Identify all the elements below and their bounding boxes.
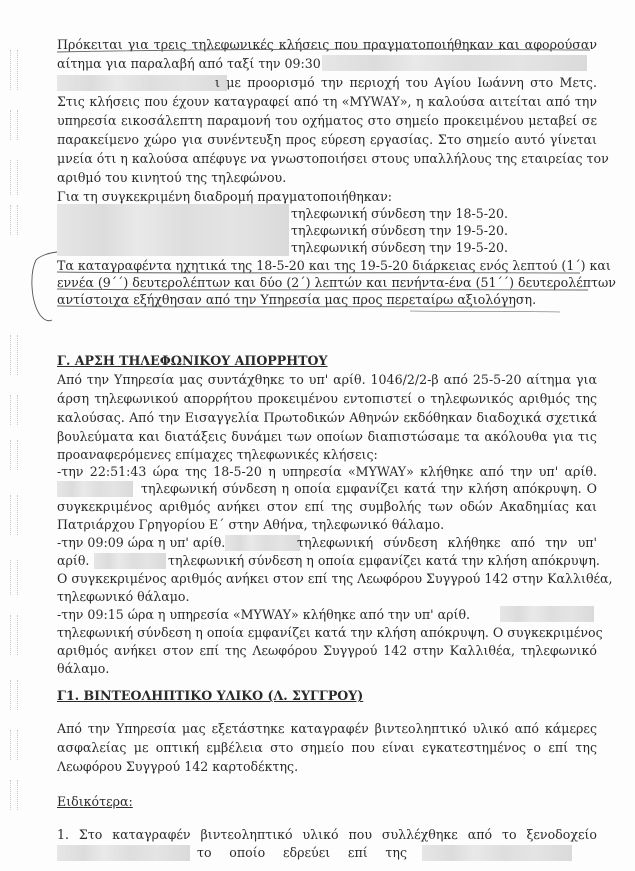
section-g1-line: ασφαλείας με οπτική εμβέλεια στο σημείο … bbox=[57, 739, 597, 756]
section-g-line: Πατριάρχου Γρηγορίου Ε΄ στην Αθήνα, τηλε… bbox=[57, 516, 597, 533]
bleed-through-mark bbox=[10, 395, 18, 425]
section-heading-g1: Γ1. ΒΙΝΤΕΟΛΗΠΤΙΚΟ ΥΛΙΚΟ (Λ. ΣΥΓΓΡΟΥ) bbox=[57, 688, 363, 703]
intro-line: υπηρεσία εικοσάλεπτη παραμονή του οχήματ… bbox=[57, 112, 597, 129]
bleed-through-mark bbox=[10, 495, 18, 535]
recordings-line: Τα καταγραφέντα ηχητικά της 18-5-20 και … bbox=[57, 257, 597, 274]
section-g1-line: Λεωφόρου Συγγρού 142 καρτοδέκτης. bbox=[57, 758, 597, 775]
route-intro: Για τη συγκεκριμένη διαδρομή πραγματοποι… bbox=[57, 188, 597, 205]
specifically-label: Ειδικότερα: bbox=[57, 794, 133, 809]
section-g-line: τηλεφωνική σύνδεση κλήθηκε από την υπ' bbox=[297, 534, 597, 551]
section-g1-line: Από την Υπηρεσία μας εξετάστηκε καταγραφ… bbox=[57, 720, 597, 737]
item-1-line: το οποίο εδρεύει επί της bbox=[197, 844, 407, 861]
bleed-through-mark bbox=[10, 615, 18, 655]
recordings-line: εννέα (9΄΄) δευτερολέπτων και δύο (2΄) λ… bbox=[57, 274, 597, 291]
bleed-through-mark bbox=[10, 335, 18, 375]
intro-line: μνεία ότι η καλούσα απέφυγε να γνωστοποι… bbox=[57, 150, 597, 167]
section-g-line: τηλεφωνική σύνδεση η οποία εμφανίζει κατ… bbox=[57, 624, 597, 641]
section-g-line: -την 22:51:43 ώρα της 18-5-20 η υπηρεσία… bbox=[57, 463, 597, 480]
bleed-through-mark bbox=[10, 780, 18, 810]
connection-line: τηλεφωνική σύνδεση την 19-5-20. bbox=[291, 222, 601, 239]
intro-line: Στις κλήσεις που έχουν καταγραφεί από τη… bbox=[57, 93, 597, 110]
bleed-through-mark bbox=[10, 205, 18, 235]
redacted-block bbox=[57, 481, 133, 497]
section-g-line: τηλεφωνική σύνδεση η οποία εμφανίζει κατ… bbox=[141, 480, 597, 497]
intro-line: παρακείμενο χώρο για συνέντευξη προς εύρ… bbox=[57, 131, 597, 148]
bleed-through-mark bbox=[10, 50, 18, 90]
intro-line: Πρόκειται για τρεις τηλεφωνικές κλήσεις … bbox=[57, 36, 597, 53]
section-g-line: άρση τηλεφωνικού απορρήτου προκειμένου ε… bbox=[57, 390, 597, 407]
redacted-block bbox=[57, 845, 190, 861]
intro-line: αριθμό του κινητού της τηλεφώνου. bbox=[57, 169, 597, 186]
section-g-line: συγκεκριμένος αριθμός ανήκει στον επί τη… bbox=[57, 498, 597, 515]
connection-line: τηλεφωνική σύνδεση την 18-5-20. bbox=[291, 205, 601, 222]
section-g-line: αρίθ. bbox=[57, 552, 97, 569]
section-heading-g: Γ. ΑΡΣΗ ΤΗΛΕΦΩΝΙΚΟΥ ΑΠΟΡΡΗΤΟΥ bbox=[57, 353, 327, 368]
redacted-block bbox=[57, 204, 289, 256]
section-g-line: αριθμός ανήκει στον επί της Λεωφόρου Συγ… bbox=[57, 642, 597, 659]
recordings-line: αντίστοιχα εξήχθησαν από την Υπηρεσία μα… bbox=[57, 291, 597, 308]
section-g-line: Ο συγκεκριμένος αριθμός ανήκει στον επί … bbox=[57, 570, 597, 587]
section-g-line: βουλεύματα και διατάξεις δυνάμει των οπο… bbox=[57, 428, 597, 445]
redacted-block bbox=[322, 55, 587, 71]
intro-line: ι με προορισμό την περιοχή του Αγίου Ιωά… bbox=[215, 74, 597, 91]
section-g-line: τηλεφωνικό θάλαμο. bbox=[57, 588, 597, 605]
section-g-line: -την 09:09 ώρα η υπ' αρίθ. bbox=[57, 534, 217, 551]
item-1-line: 1. Στο καταγραφέν βιντεοληπτικό υλικό πο… bbox=[57, 826, 597, 843]
connection-line: τηλεφωνική σύνδεση την 19-5-20. bbox=[291, 239, 601, 256]
section-g-line: τηλεφωνική σύνδεση η οποία εμφανίζει κατ… bbox=[168, 552, 598, 569]
bleed-through-mark bbox=[10, 730, 18, 760]
redacted-block bbox=[225, 535, 300, 551]
redacted-block bbox=[500, 606, 594, 622]
section-g-line: -την 09:15 ώρα η υπηρεσία «MYWAY» κλήθηκ… bbox=[57, 606, 497, 623]
bleed-through-mark bbox=[10, 440, 18, 470]
section-g-line: θάλαμο. bbox=[57, 660, 597, 677]
section-g-line: προαναφερόμενες επίμαχες τηλεφωνικές κλή… bbox=[57, 446, 597, 463]
section-g-line: καλούσας. Από την Εισαγγελία Πρωτοδικών … bbox=[57, 409, 597, 426]
section-g-line: Από την Υπηρεσία μας συντάχθηκε το υπ' α… bbox=[57, 371, 597, 388]
bleed-through-mark bbox=[10, 680, 18, 710]
redacted-block bbox=[57, 75, 227, 91]
bleed-through-mark bbox=[10, 160, 18, 195]
redacted-block bbox=[422, 845, 572, 861]
scanned-document-page: Πρόκειται για τρεις τηλεφωνικές κλήσεις … bbox=[0, 0, 635, 871]
redacted-block bbox=[94, 553, 166, 569]
intro-line: αίτημα για παραλαβή από ταξί την 09:30 ώ… bbox=[57, 55, 317, 72]
bleed-through-mark bbox=[10, 110, 18, 140]
bleed-through-mark bbox=[10, 560, 18, 595]
